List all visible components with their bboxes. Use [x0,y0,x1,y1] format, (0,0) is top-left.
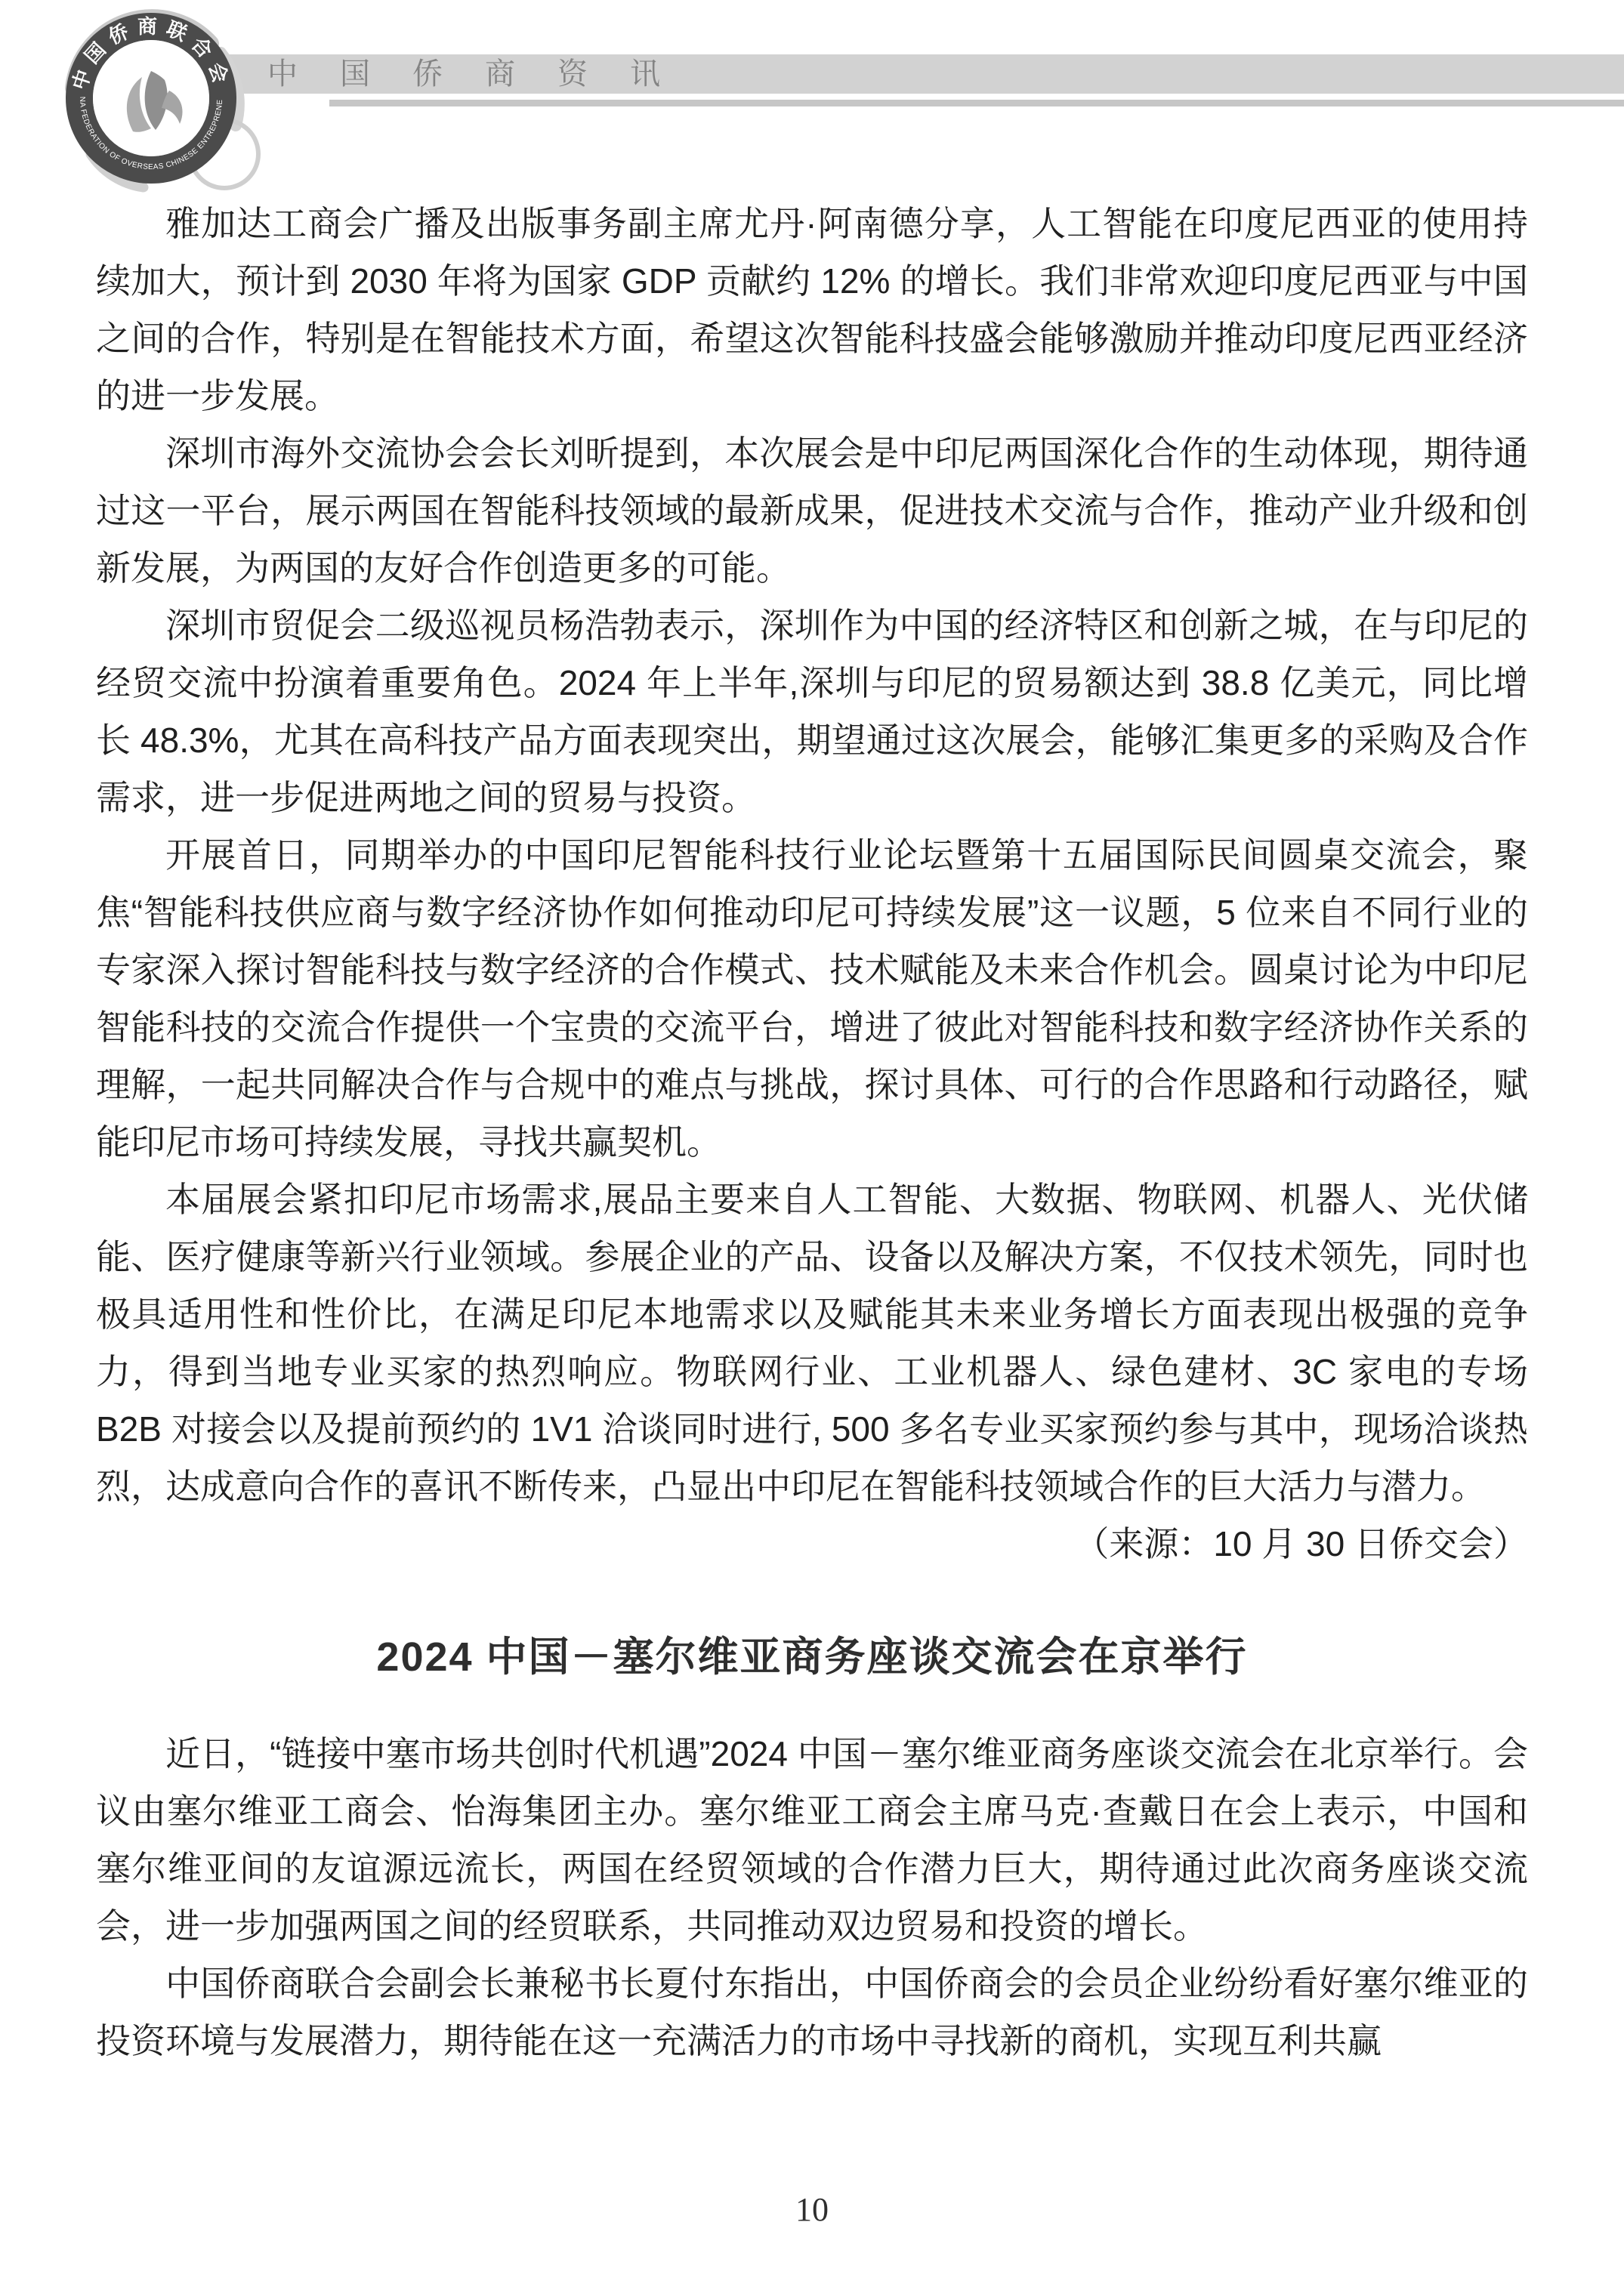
article2-paragraph-1: 近日，“链接中塞市场共创时代机遇”2024 中国－塞尔维亚商务座谈交流会在北京举… [96,1725,1528,1955]
page-content: 雅加达工商会广播及出版事务副主席尤丹·阿南德分享，人工智能在印度尼西亚的使用持续… [96,195,1528,2069]
page-number: 10 [795,2191,829,2228]
article1-paragraph-4: 开展首日，同期举办的中国印尼智能科技行业论坛暨第十五届国际民间圆桌交流会，聚焦“… [96,826,1528,1171]
header-underline [329,100,1624,106]
page-header: 中国侨商资讯 中国侨商联合会 [0,0,1624,196]
article1-source: （来源：10 月 30 日侨交会） [96,1515,1528,1572]
article1-paragraph-5: 本届展会紧扣印尼市场需求,展品主要来自人工智能、大数据、物联网、机器人、光伏储能… [96,1171,1528,1515]
article1-paragraph-1: 雅加达工商会广播及出版事务副主席尤丹·阿南德分享，人工智能在印度尼西亚的使用持续… [96,195,1528,424]
article2-title: 2024 中国－塞尔维亚商务座谈交流会在京举行 [96,1625,1528,1689]
header-banner-title: 中国侨商资讯 [267,54,702,94]
header-banner: 中国侨商资讯 [198,54,1624,94]
article2-paragraph-2: 中国侨商联合会副会长兼秘书长夏付东指出，中国侨商会的会员企业纷纷看好塞尔维亚的投… [96,1955,1528,2069]
magazine-page: 中国侨商资讯 中国侨商联合会 [0,0,1624,2293]
article1-paragraph-2: 深圳市海外交流协会会长刘昕提到，本次展会是中印尼两国深化合作的生动体现，期待通过… [96,424,1528,597]
article1-paragraph-3: 深圳市贸促会二级巡视员杨浩勃表示，深圳作为中国的经济特区和创新之城，在与印尼的经… [96,597,1528,826]
page-footer: 10 [0,2190,1624,2229]
federation-logo-icon: 中国侨商联合会 CHINA FEDERATION OF OVERSEAS CHI… [30,6,272,195]
